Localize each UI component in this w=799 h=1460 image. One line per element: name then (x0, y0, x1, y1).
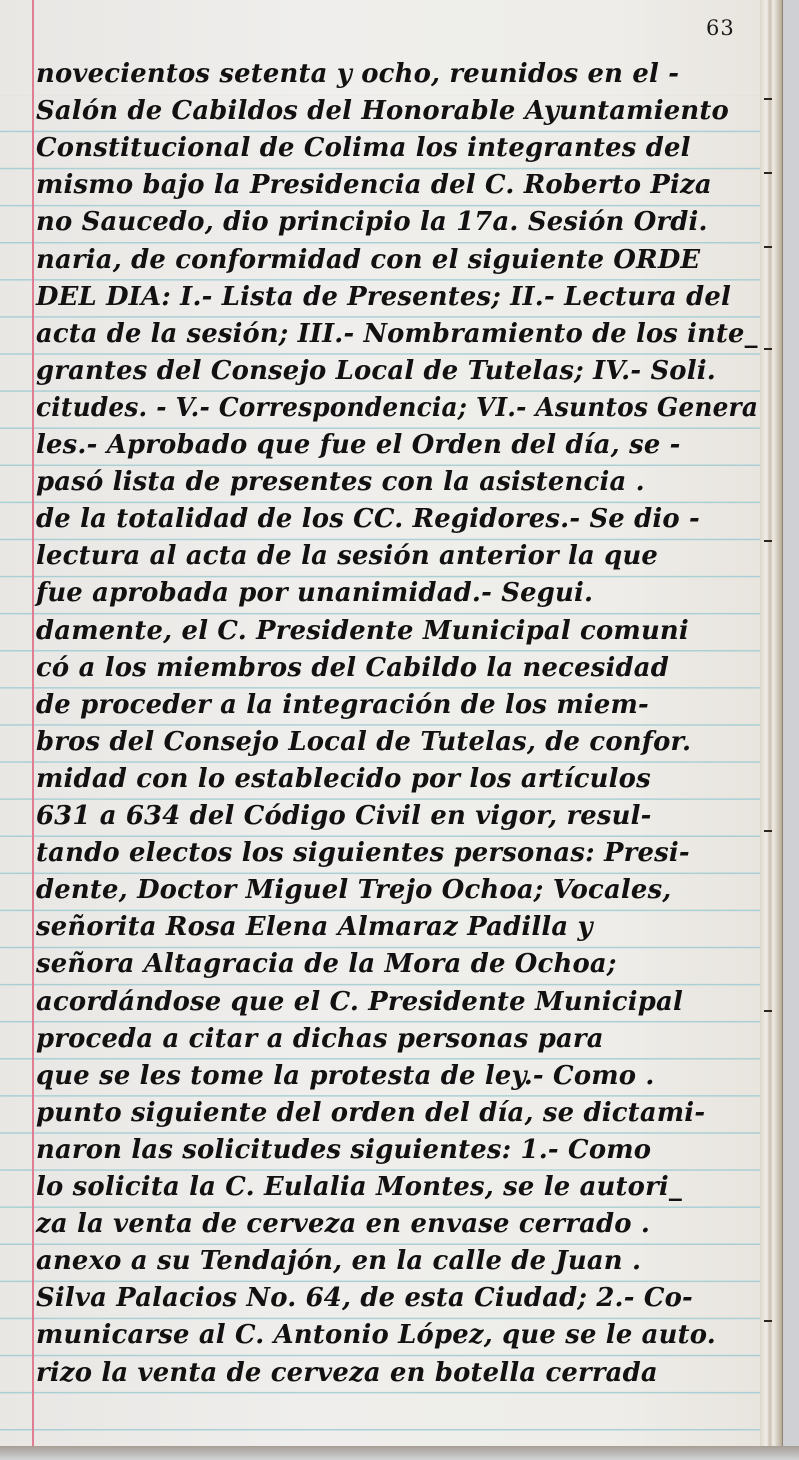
handwritten-line: Salón de Cabildos del Honorable Ayuntami… (36, 93, 758, 130)
handwritten-line: anexo a su Tendajón, en la calle de Juan… (36, 1243, 758, 1280)
page-number: 63 (706, 16, 735, 40)
handwritten-line: Constitucional de Colima los integrantes… (36, 130, 758, 167)
handwritten-line: no Saucedo, dio principio la 17a. Sesión… (36, 204, 758, 241)
handwritten-line: proceda a citar a dichas personas para (36, 1021, 758, 1058)
stacked-page-edges (760, 0, 783, 1452)
page-bottom-shadow (0, 1446, 799, 1460)
edge-mark (764, 1010, 772, 1012)
handwritten-line: naron las solicitudes siguientes: 1.- Co… (36, 1132, 758, 1169)
handwritten-line: mismo bajo la Presidencia del C. Roberto… (36, 167, 758, 204)
handwritten-line: les.- Aprobado que fue el Orden del día,… (36, 427, 758, 464)
handwritten-line: señorita Rosa Elena Almaraz Padilla y (36, 909, 758, 946)
handwritten-line: citudes. - V.- Correspondencia; VI.- Asu… (36, 390, 729, 427)
handwritten-line: señora Altagracia de la Mora de Ochoa; (36, 946, 758, 983)
handwritten-line: za la venta de cerveza en envase cerrado… (36, 1206, 758, 1243)
handwritten-line: Silva Palacios No. 64, de esta Ciudad; 2… (36, 1280, 758, 1317)
red-margin-line (32, 0, 34, 1448)
handwritten-line: de proceder a la integración de los miem… (36, 687, 758, 724)
handwritten-line: fue aprobada por unanimidad.- Segui. (36, 575, 758, 612)
handwritten-line: pasó lista de presentes con la asistenci… (36, 464, 758, 501)
edge-mark (764, 172, 772, 174)
edge-mark (764, 830, 772, 832)
handwritten-line: punto siguiente del orden del día, se di… (36, 1095, 758, 1132)
handwritten-line: de la totalidad de los CC. Regidores.- S… (36, 501, 758, 538)
handwritten-line: có a los miembros del Cabildo la necesid… (36, 650, 758, 687)
edge-mark (764, 348, 772, 350)
handwritten-line: naria, de conformidad con el siguiente O… (36, 242, 758, 279)
handwritten-line: damente, el C. Presidente Municipal comu… (36, 613, 758, 650)
handwritten-line: acta de la sesión; III.- Nombramiento de… (36, 316, 754, 353)
handwritten-line: municarse al C. Antonio López, que se le… (36, 1317, 758, 1354)
handwritten-line: grantes del Consejo Local de Tutelas; IV… (36, 353, 758, 390)
handwritten-line: bros del Consejo Local de Tutelas, de co… (36, 724, 758, 761)
handwritten-line: rizo la venta de cerveza en botella cerr… (36, 1355, 758, 1392)
ledger-page: 63 novecientos setenta y ocho, reunidos … (0, 0, 770, 1448)
edge-mark (764, 1320, 772, 1322)
edge-mark (764, 246, 772, 248)
edge-mark (764, 540, 772, 542)
handwritten-line: 631 a 634 del Código Civil en vigor, res… (36, 798, 758, 835)
handwritten-line: que se les tome la protesta de ley.- Com… (36, 1058, 758, 1095)
handwritten-line: DEL DIA: I.- Lista de Presentes; II.- Le… (36, 279, 758, 316)
handwritten-line: acordándose que el C. Presidente Municip… (36, 984, 758, 1021)
handwritten-line: dente, Doctor Miguel Trejo Ochoa; Vocale… (36, 872, 758, 909)
handwritten-line: tando electos los siguientes personas: P… (36, 835, 758, 872)
handwritten-line: novecientos setenta y ocho, reunidos en … (36, 56, 758, 93)
scanned-page-view: 63 novecientos setenta y ocho, reunidos … (0, 0, 799, 1460)
handwritten-line: lo solicita la C. Eulalia Montes, se le … (36, 1169, 758, 1206)
edge-mark (764, 98, 772, 100)
handwritten-line: midad con lo establecido por los artícul… (36, 761, 758, 798)
handwritten-line: lectura al acta de la sesión anterior la… (36, 538, 758, 575)
